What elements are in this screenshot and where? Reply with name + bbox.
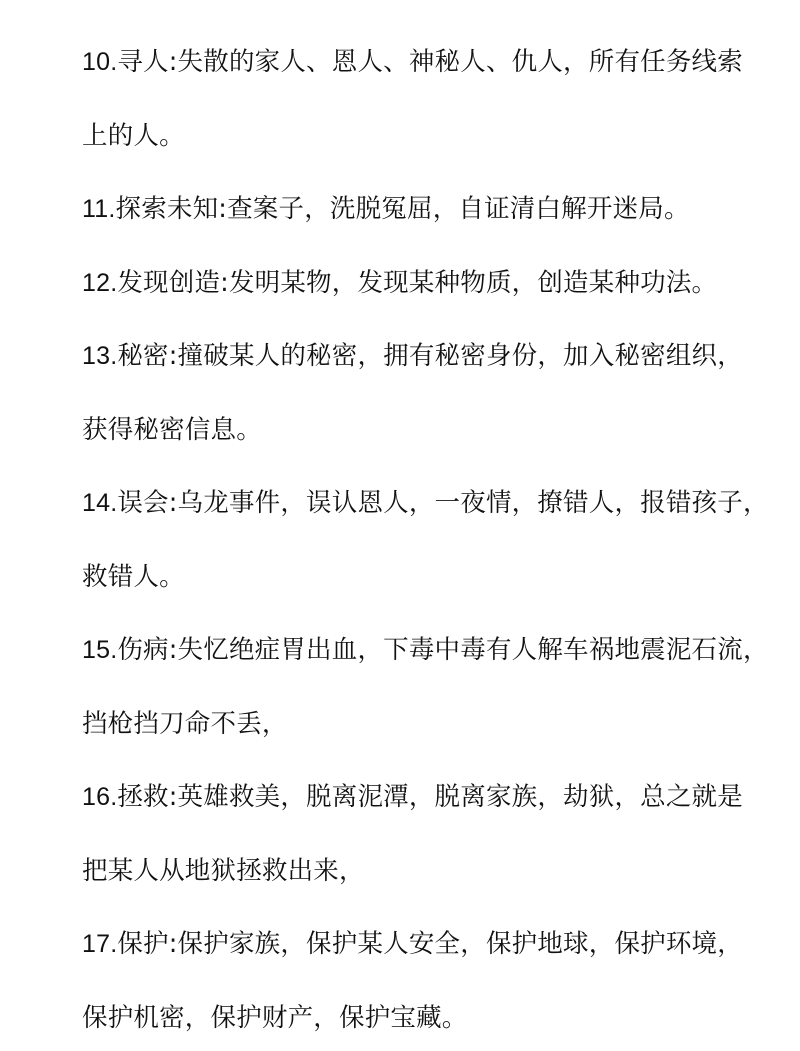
item-text: 拯救:英雄救美，脱离泥潭，脱离家族，劫狱，总之就是 [117, 782, 743, 812]
item-text: 救错人。 [82, 562, 185, 592]
item-text: 保护机密，保护财产，保护宝藏。 [82, 1003, 468, 1033]
item-text: 伤病:失忆绝症胃出血，下毒中毒有人解车祸地震泥石流， [117, 635, 768, 665]
item-15-line-1: 15.伤病:失忆绝症胃出血，下毒中毒有人解车祸地震泥石流， [82, 614, 752, 688]
item-number: 13. [82, 342, 117, 370]
item-16-line-1: 16.拯救:英雄救美，脱离泥潭，脱离家族，劫狱，总之就是 [82, 761, 752, 835]
item-text: 上的人。 [82, 121, 185, 151]
item-text: 探索未知:查案子，洗脱冤屈，自证清白解开迷局。 [116, 194, 690, 224]
item-text: 获得秘密信息。 [82, 415, 262, 445]
item-17-line-2: 保护机密，保护财产，保护宝藏。 [82, 982, 752, 1051]
item-number: 14. [82, 489, 117, 517]
item-text: 挡枪挡刀命不丢， [82, 709, 288, 739]
item-text: 把某人从地狱拯救出来， [82, 856, 365, 886]
document-body: 10.寻人:失散的家人、恩人、神秘人、仇人，所有任务线索 上的人。 11.探索未… [82, 26, 752, 1051]
item-13-line-1: 13.秘密:撞破某人的秘密，拥有秘密身份，加入秘密组织， [82, 320, 752, 394]
item-text: 发现创造:发明某物，发现某种物质，创造某种功法。 [117, 268, 717, 298]
item-12-line-1: 12.发现创造:发明某物，发现某种物质，创造某种功法。 [82, 247, 752, 321]
item-text: 寻人:失散的家人、恩人、神秘人、仇人，所有任务线索 [117, 47, 743, 77]
item-text: 秘密:撞破某人的秘密，拥有秘密身份，加入秘密组织， [117, 341, 743, 371]
item-13-line-2: 获得秘密信息。 [82, 394, 752, 468]
item-number: 15. [82, 636, 117, 664]
item-15-line-2: 挡枪挡刀命不丢， [82, 688, 752, 762]
item-11-line-1: 11.探索未知:查案子，洗脱冤屈，自证清白解开迷局。 [82, 173, 752, 247]
item-number: 12. [82, 269, 117, 297]
item-number: 11. [82, 195, 116, 223]
item-number: 16. [82, 783, 117, 811]
item-text: 保护:保护家族，保护某人安全，保护地球，保护环境， [117, 929, 743, 959]
item-number: 10. [82, 48, 117, 76]
item-text: 误会:乌龙事件，误认恩人，一夜情，撩错人，报错孩子， [117, 488, 768, 518]
item-14-line-2: 救错人。 [82, 541, 752, 615]
item-number: 17. [82, 930, 117, 958]
item-14-line-1: 14.误会:乌龙事件，误认恩人，一夜情，撩错人，报错孩子， [82, 467, 752, 541]
item-16-line-2: 把某人从地狱拯救出来， [82, 835, 752, 909]
item-10-line-2: 上的人。 [82, 100, 752, 174]
item-17-line-1: 17.保护:保护家族，保护某人安全，保护地球，保护环境， [82, 908, 752, 982]
item-10-line-1: 10.寻人:失散的家人、恩人、神秘人、仇人，所有任务线索 [82, 26, 752, 100]
